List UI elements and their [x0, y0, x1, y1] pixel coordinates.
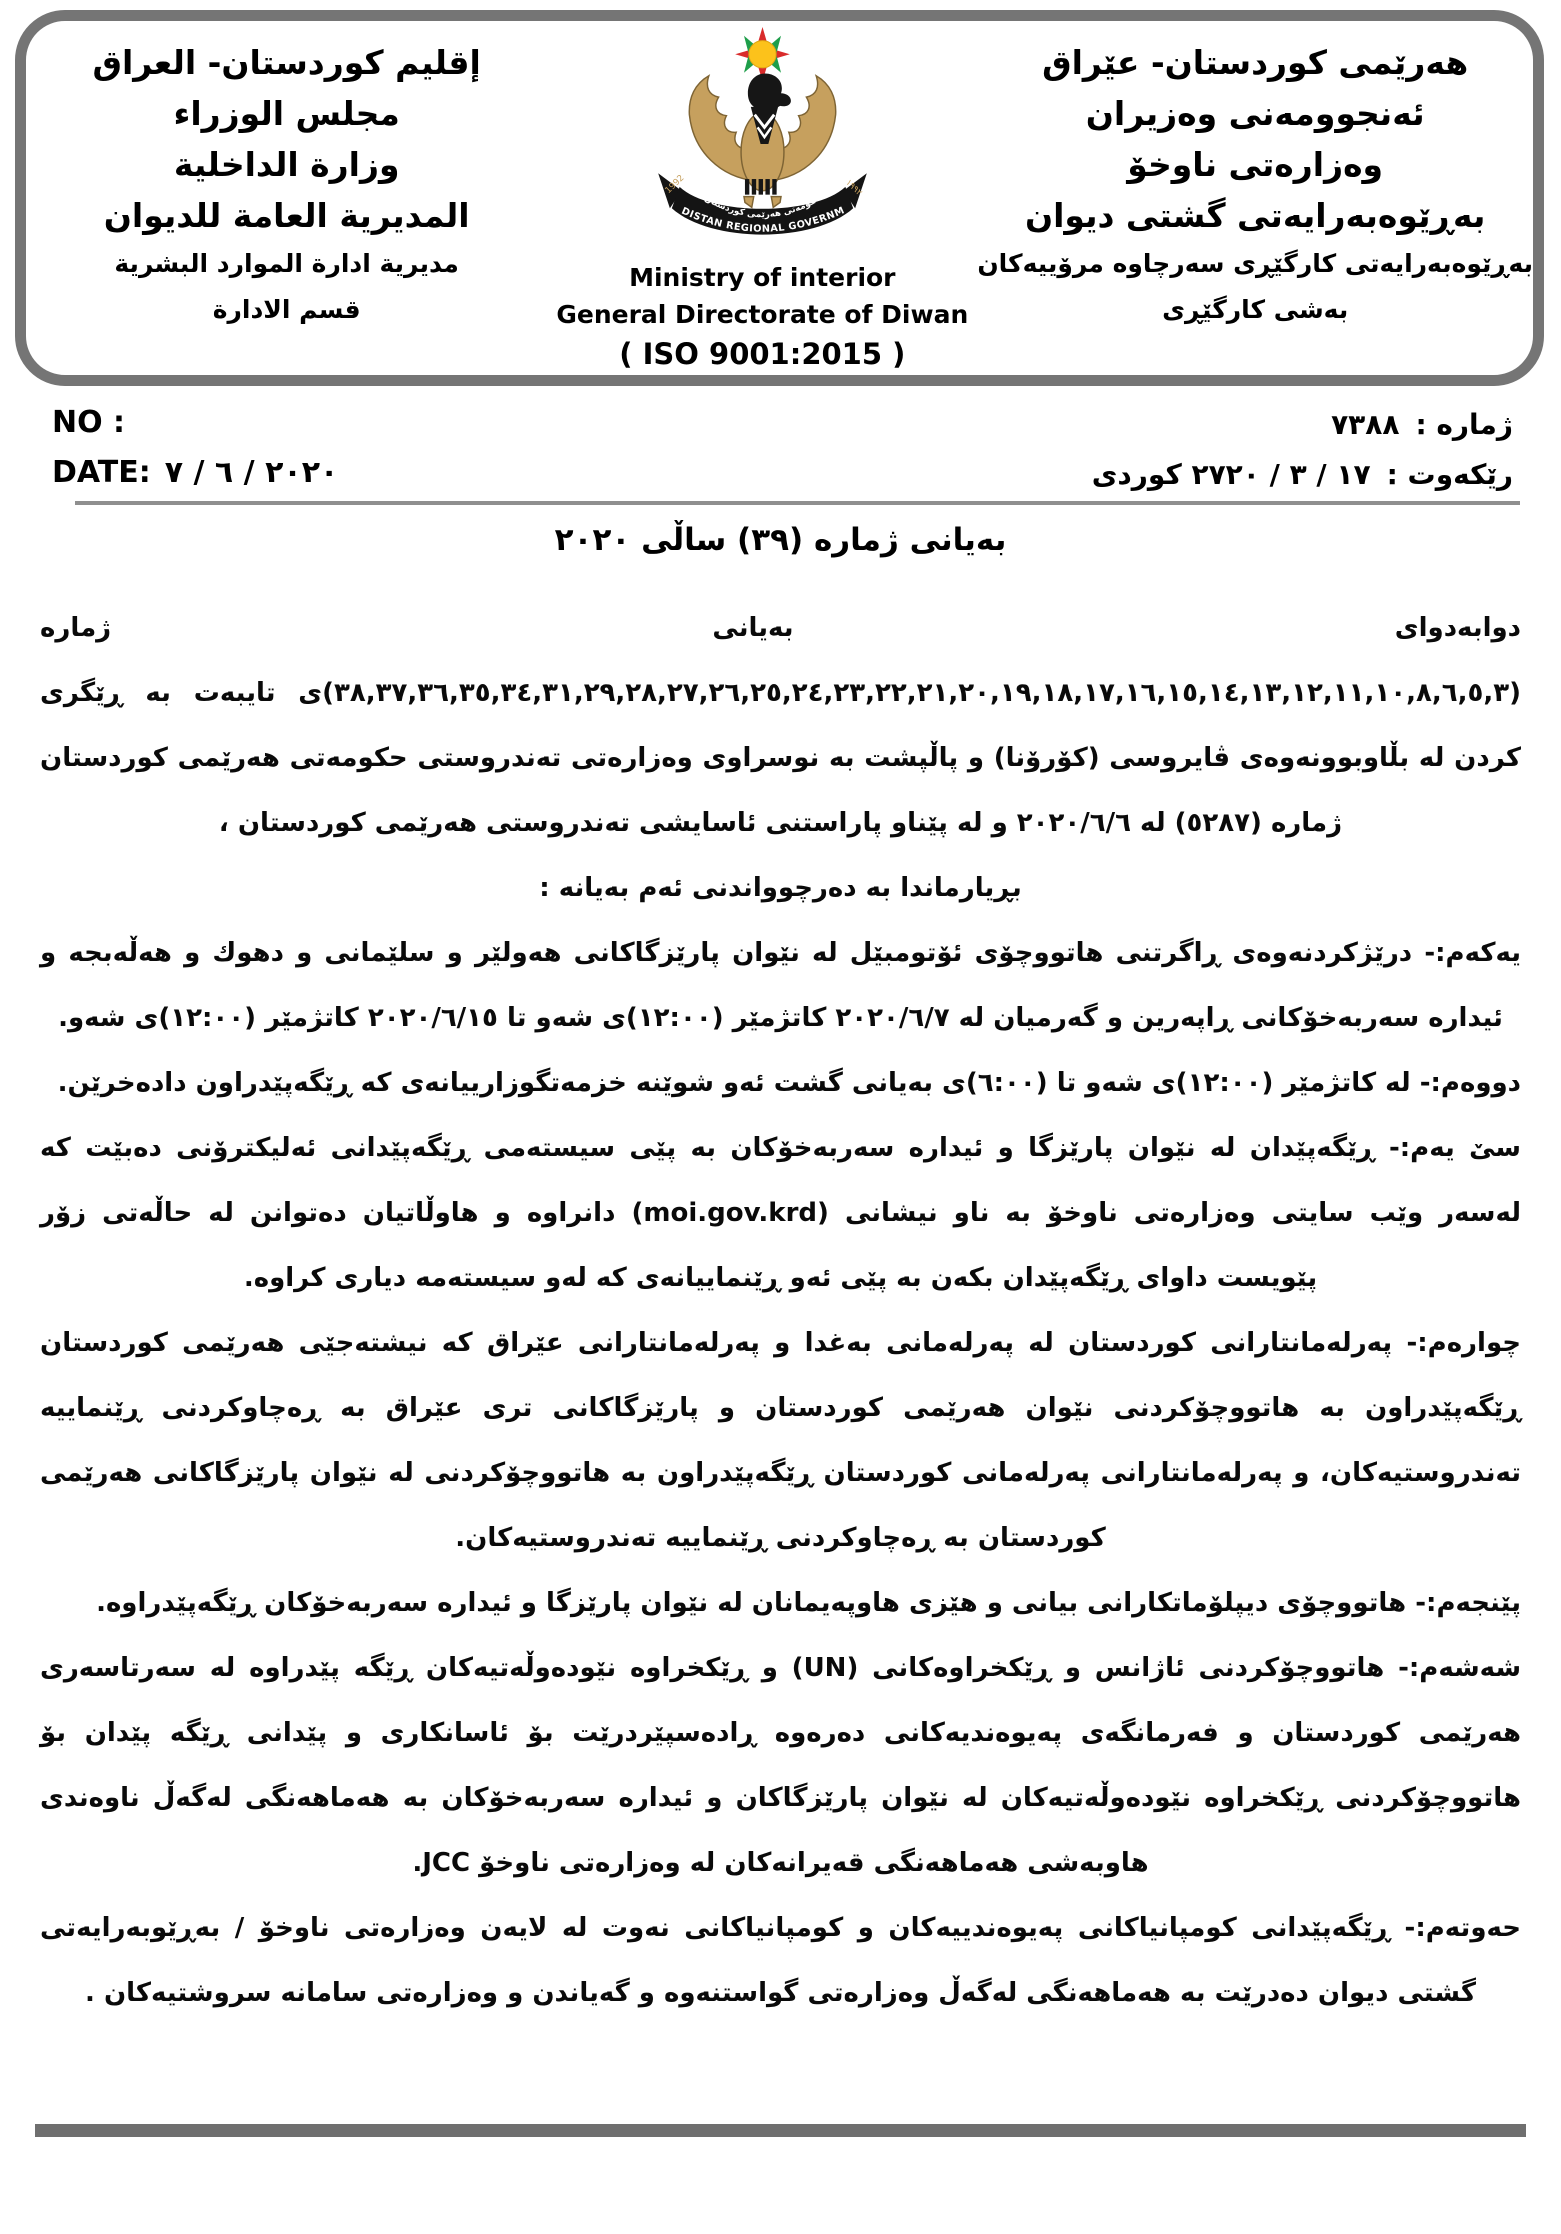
decree-point-4: چوارەم:- پەرلەمانتارانی کوردستان لە پەرل…: [40, 1311, 1521, 1571]
kurdish-line: بەڕێوەبەرایەتی گشتی دیوان: [1025, 190, 1485, 241]
kurdish-date-value: ١٧ / ٣ / ٢٧٢٠ کوردی: [1092, 458, 1371, 491]
point-label: سێ یەم:-: [1375, 1133, 1521, 1163]
point-label: حەوتەم:-: [1390, 1913, 1521, 1943]
no-label: NO :: [52, 405, 125, 440]
krg-emblem-icon: حکومەتی هەرێمی کوردستان KURDISTAN REGION…: [650, 25, 875, 259]
point-text: پەرلەمانتارانی کوردستان لە پەرلەمانی بەغ…: [40, 1328, 1521, 1553]
decree-point-6: شەشەم:- هاتووچۆکردنی ئاژانس و ڕێکخراوەکا…: [40, 1636, 1521, 1896]
decree-body: دوابەدوای بەیانی ژماره (٣٨,٣٧,٣٦,٣٥,٣٤,٣…: [40, 596, 1521, 2026]
sun-icon: [735, 27, 790, 82]
reference-block-kurdish: ژماره :٧٣٨٨ رێکەوت :١٧ / ٣ / ٢٧٢٠ کوردی: [1092, 400, 1513, 500]
kurdish-date-row: رێکەوت :١٧ / ٣ / ٢٧٢٠ کوردی: [1092, 450, 1513, 500]
point-text: درێژکردنەوەی ڕاگرتنی هاتووچۆی ئۆتومبێل ل…: [40, 938, 1503, 1033]
point-label: پێنجەم:-: [1406, 1588, 1521, 1618]
arabic-line: إقليم كوردستان- العراق: [92, 37, 480, 88]
footer-separator-bar: [35, 2124, 1526, 2137]
directorate-name-english: General Directorate of Diwan: [556, 296, 968, 333]
point-text: ڕێگەپێدان لە نێوان پارێزگا و ئیدارە سەرب…: [40, 1133, 1521, 1293]
decree-title: بەیانی ژماره (٣٩) ساڵی ٢٠٢٠: [0, 522, 1561, 558]
decree-point-3: سێ یەم:- ڕێگەپێدان لە نێوان پارێزگا و ئی…: [40, 1116, 1521, 1311]
date-label: DATE:: [52, 455, 151, 490]
point-label: چوارەم:-: [1392, 1328, 1521, 1358]
iso-certification: ( ISO 9001:2015 ): [619, 333, 905, 375]
kurdish-number-value: ٧٣٨٨: [1331, 408, 1399, 441]
arabic-line: مديرية ادارة الموارد البشرية: [114, 241, 459, 287]
arabic-line: قسم الادارة: [213, 287, 361, 333]
header-separator-line: [75, 501, 1520, 505]
decision-line: بڕیارماندا بە دەرچوواندنی ئەم بەیانە :: [40, 856, 1521, 921]
point-label: یەکەم:-: [1412, 938, 1521, 968]
kurdish-number-row: ژماره :٧٣٨٨: [1092, 400, 1513, 450]
kurdish-line: ئەنجوومەنی وەزیران: [1086, 88, 1425, 139]
decree-document-page: إقليم كوردستان- العراق مجلس الوزراء وزار…: [0, 0, 1561, 2234]
intro-paragraph: دوابەدوای بەیانی ژماره (٣٨,٣٧,٣٦,٣٥,٣٤,٣…: [40, 596, 1521, 856]
date-value: ٢٠٢٠ / ٦ / ٧: [165, 455, 339, 490]
point-label: دووەم:-: [1411, 1068, 1521, 1098]
arabic-line: وزارة الداخلية: [174, 139, 400, 190]
point-text: لە کاتژمێر (١٢:٠٠)ی شەو تا (٦:٠٠)ی بەیان…: [58, 1068, 1411, 1098]
reference-block-english: NO : DATE:٢٠٢٠ / ٦ / ٧: [52, 398, 338, 498]
arabic-line: المديرية العامة للديوان: [104, 190, 470, 241]
letterhead: إقليم كوردستان- العراق مجلس الوزراء وزار…: [15, 10, 1544, 386]
letterhead-kurdish-column: هەرێمی کوردستان- عێراق ئەنجوومەنی وەزیرا…: [977, 21, 1533, 375]
decree-point-7: حەوتەم:- ڕێگەپێدانی کومپانیاکانی پەیوەند…: [40, 1896, 1521, 2026]
kurdish-line: بەڕێوەبەرایەتی کارگێڕی سەرچاوە مرۆییەکان: [977, 241, 1533, 287]
document-number-row: NO :: [52, 398, 338, 448]
kurdish-number-label: ژماره :: [1415, 408, 1513, 441]
arabic-line: مجلس الوزراء: [173, 88, 399, 139]
kurdish-line: وەزارەتی ناوخۆ: [1127, 139, 1383, 190]
document-date-row: DATE:٢٠٢٠ / ٦ / ٧: [52, 448, 338, 498]
decree-point-5: پێنجەم:- هاتووچۆی دیپلۆماتکارانی بیانی و…: [40, 1571, 1521, 1636]
letterhead-arabic-column: إقليم كوردستان- العراق مجلس الوزراء وزار…: [26, 21, 547, 375]
point-text: ڕێگەپێدانی کومپانیاکانی پەیوەندییەکان و …: [40, 1913, 1476, 2008]
point-text: هاتووچۆی دیپلۆماتکارانی بیانی و هێزی هاو…: [96, 1588, 1406, 1618]
kurdish-line: بەشی کارگێڕی: [1162, 287, 1348, 333]
decree-point-1: یەکەم:- درێژکردنەوەی ڕاگرتنی هاتووچۆی ئۆ…: [40, 921, 1521, 1051]
decree-point-2: دووەم:- لە کاتژمێر (١٢:٠٠)ی شەو تا (٦:٠٠…: [40, 1051, 1521, 1116]
point-label: شەشەم:-: [1384, 1653, 1521, 1683]
letterhead-center-column: حکومەتی هەرێمی کوردستان KURDISTAN REGION…: [547, 21, 977, 375]
point-text: هاتووچۆکردنی ئاژانس و ڕێکخراوەکانی (UN) …: [40, 1653, 1521, 1878]
kurdish-date-label: رێکەوت :: [1387, 458, 1513, 491]
ministry-name-english: Ministry of interior: [629, 259, 895, 296]
kurdish-line: هەرێمی کوردستان- عێراق: [1042, 37, 1468, 88]
